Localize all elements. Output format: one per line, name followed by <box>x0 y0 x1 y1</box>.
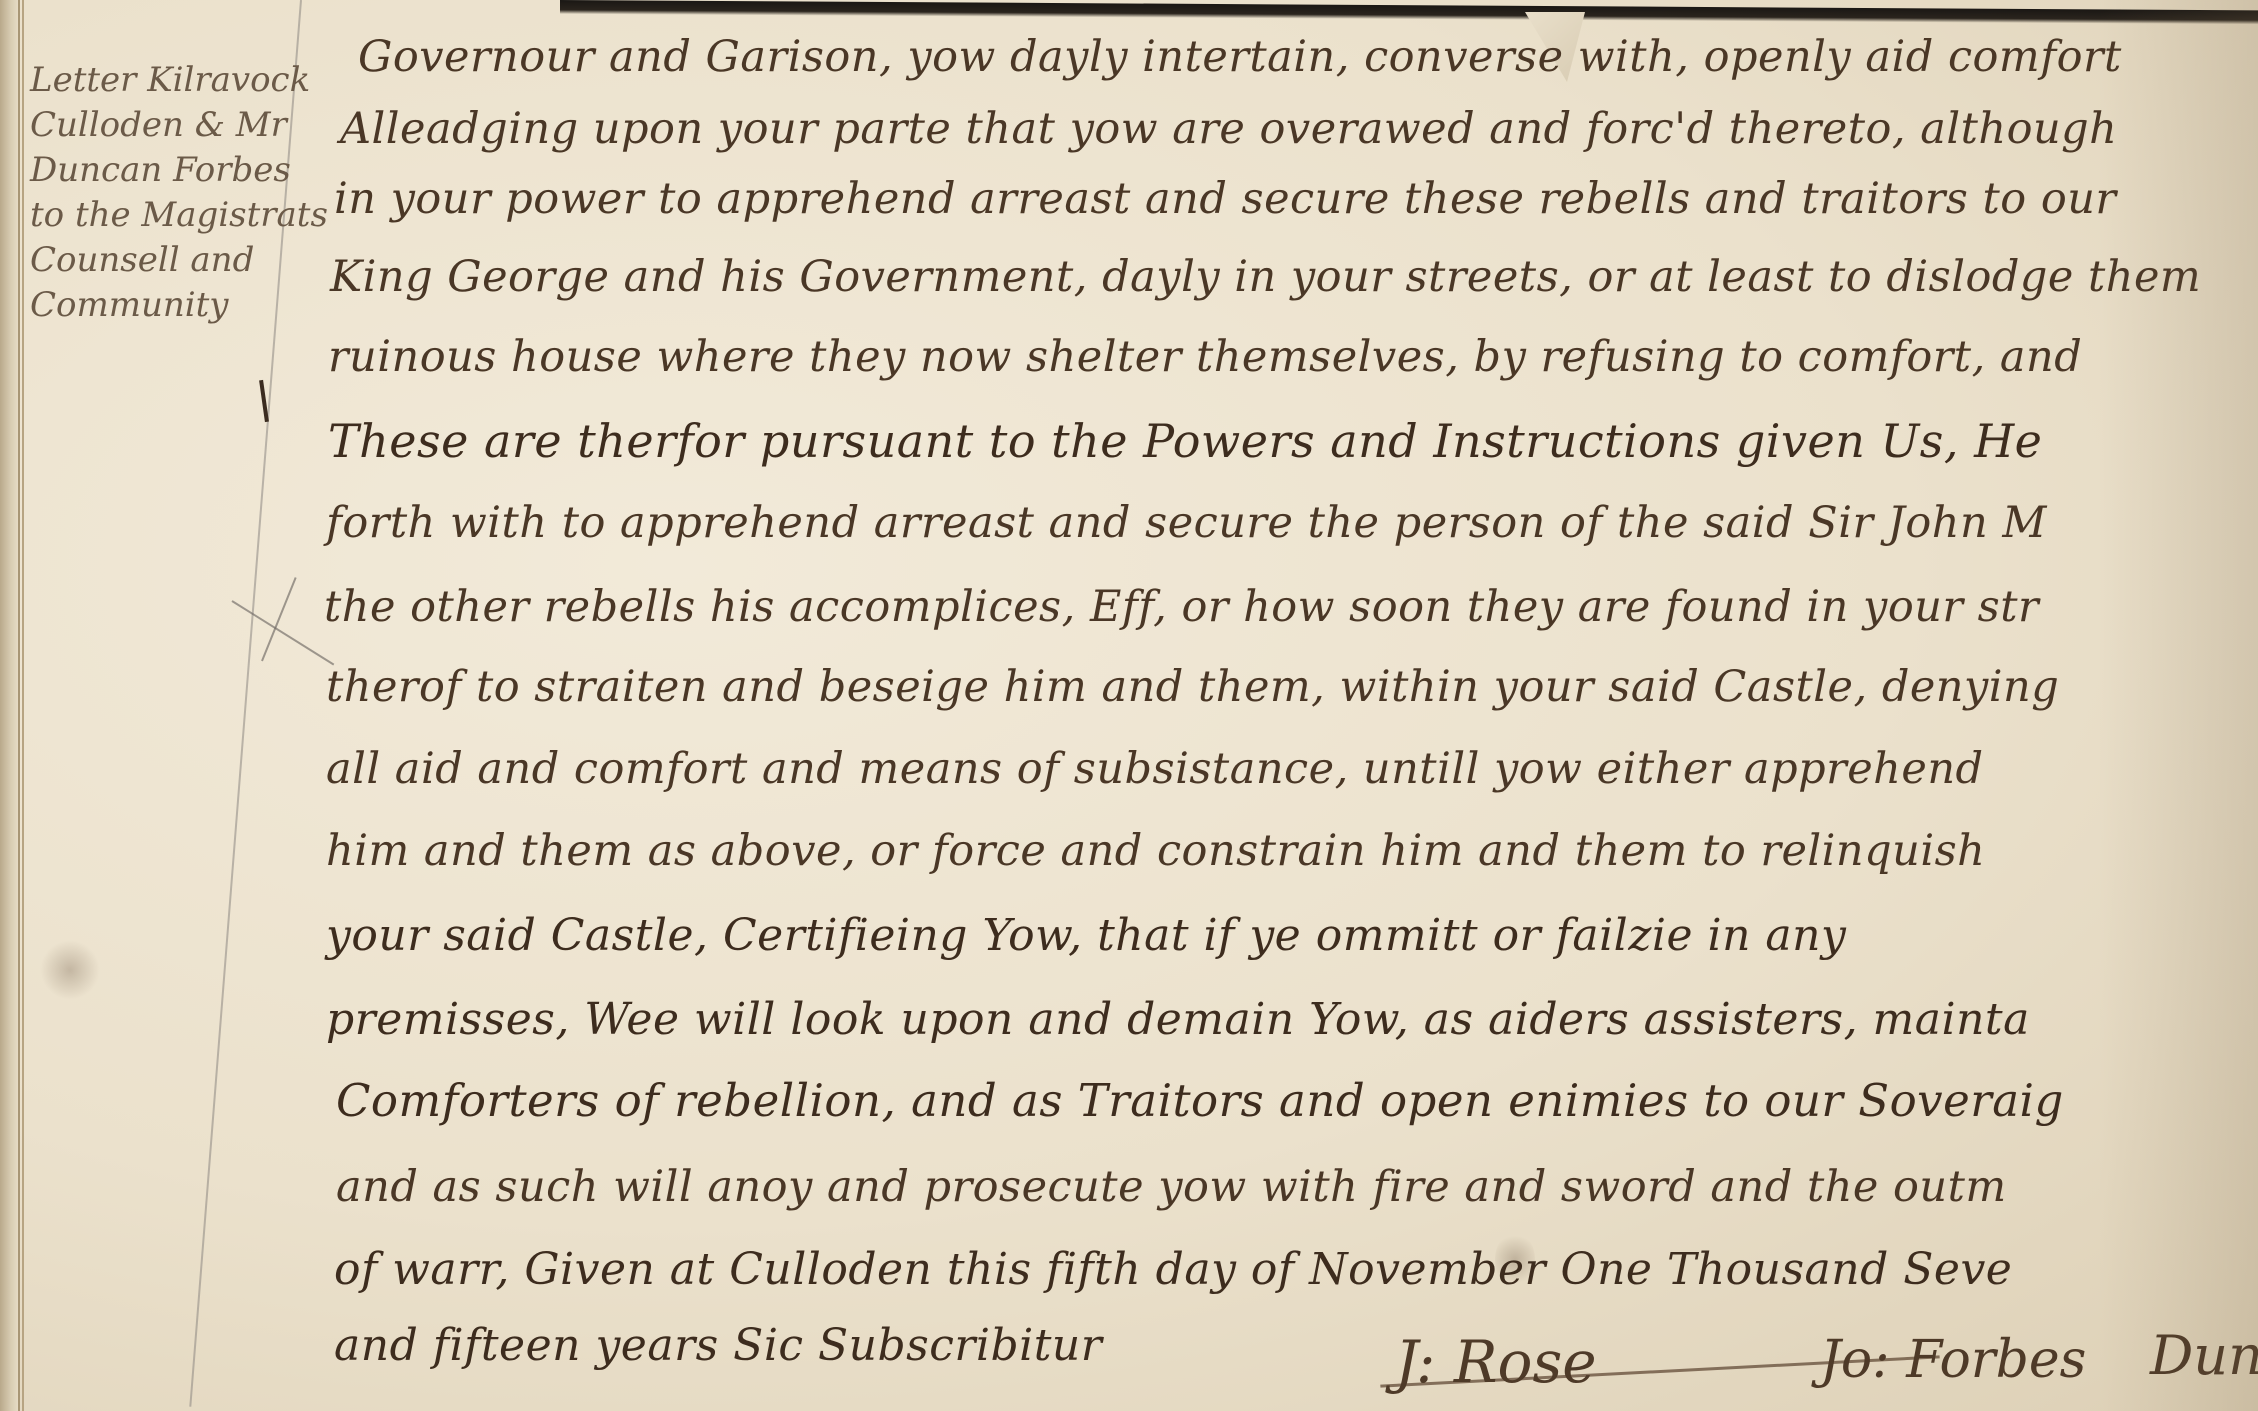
book-edge-shadow <box>560 0 2258 24</box>
text-line: the other rebells his accomplices, Eff, … <box>324 582 2039 632</box>
text-line: and fifteen years Sic Subscribitur <box>334 1320 1102 1371</box>
margin-note-line: Community <box>30 283 320 328</box>
text-line: These are therfor pursuant to the Powers… <box>328 414 2042 468</box>
paper-stain <box>40 940 100 1000</box>
margin-note: Letter Kilravock Culloden & Mr Duncan Fo… <box>30 58 320 328</box>
signature-forbes: Jo: Forbes <box>1820 1330 2086 1390</box>
text-line: therof to straiten and beseige him and t… <box>326 662 2059 712</box>
text-line: your said Castle, Certifieing Yow, that … <box>326 910 1846 961</box>
text-line: all aid and comfort and means of subsist… <box>326 744 1984 794</box>
margin-note-line: Culloden & Mr <box>30 103 320 148</box>
margin-note-line: to the Magistrats <box>30 193 320 238</box>
margin-note-line: Letter Kilravock <box>30 58 320 103</box>
text-line: ruinous house where they now shelter the… <box>328 332 2082 382</box>
manuscript-page: Letter Kilravock Culloden & Mr Duncan Fo… <box>0 0 2258 1411</box>
text-line: premisses, Wee will look upon and demain… <box>326 994 2030 1045</box>
gutter-line <box>22 0 24 1411</box>
pencil-mark <box>261 577 297 661</box>
text-line: forth with to apprehend arreast and secu… <box>326 498 2047 548</box>
text-line: in your power to apprehend arreast and s… <box>334 174 2117 224</box>
text-line: of warr, Given at Culloden this fifth da… <box>334 1244 2012 1295</box>
margin-note-line: Duncan Forbes <box>30 148 320 193</box>
book-spine <box>0 0 20 1411</box>
text-line: him and them as above, or force and cons… <box>326 826 1985 876</box>
signature-dun: Dun <box>2150 1324 2258 1387</box>
text-line: Governour and Garison, yow dayly interta… <box>358 32 2122 82</box>
text-line: King George and his Government, dayly in… <box>330 252 2201 302</box>
text-line: and as such will anoy and prosecute yow … <box>336 1162 2007 1212</box>
margin-note-line: Counsell and <box>30 238 320 283</box>
text-line: Alleadging upon your parte that yow are … <box>340 104 2117 154</box>
text-line: Comforters of rebellion, and as Traitors… <box>336 1074 2064 1127</box>
signature-rose: J: Rose <box>1395 1328 1597 1396</box>
